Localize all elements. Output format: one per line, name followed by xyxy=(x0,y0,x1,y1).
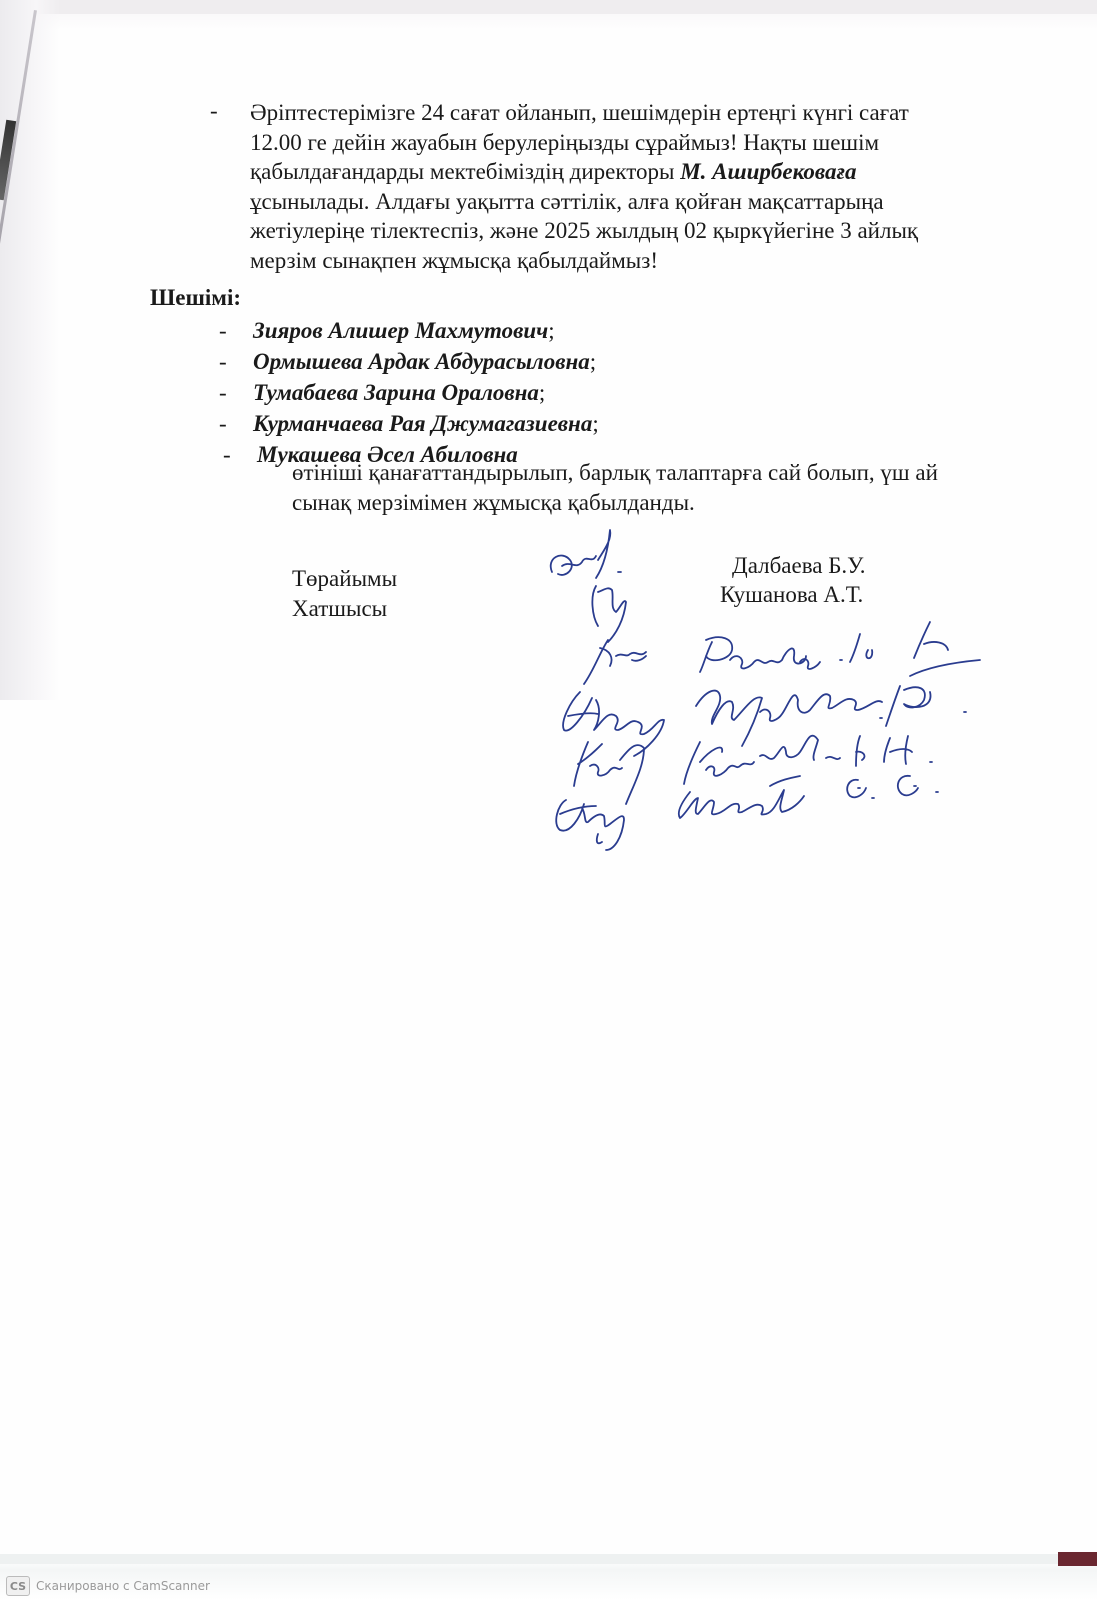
camscanner-logo-icon: CS xyxy=(6,1576,30,1596)
page-corner-binder xyxy=(1058,1552,1097,1566)
signature-scribbles xyxy=(0,0,1097,900)
page-bottom-band xyxy=(0,1554,1060,1564)
scanned-page: - Әріптестерімізге 24 сағат ойланып, шеш… xyxy=(0,0,1097,1600)
watermark-text: Сканировано с CamScanner xyxy=(36,1579,210,1593)
camscanner-watermark: CS Сканировано с CamScanner xyxy=(6,1576,210,1596)
handwritten-signatures xyxy=(0,0,1097,900)
